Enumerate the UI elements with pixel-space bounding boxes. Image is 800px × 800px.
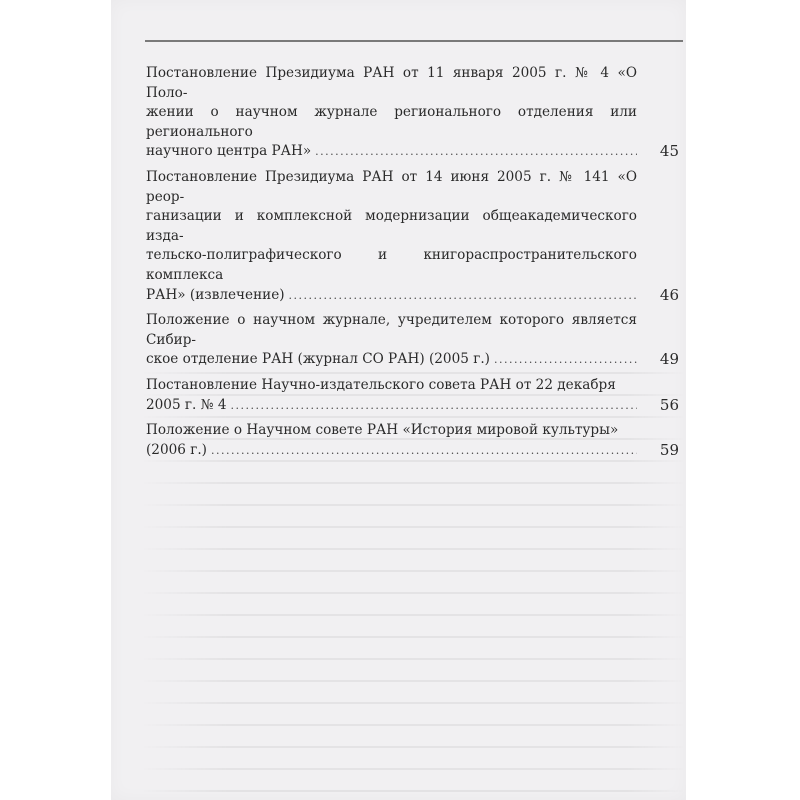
toc-entry-title-line: ское отделение РАН (журнал СО РАН) (2005… <box>146 350 490 370</box>
toc-entry-title-line: (2006 г.) <box>146 441 207 461</box>
toc-entry-title-line: 2005 г. № 4 <box>146 396 227 416</box>
toc-entry: Постановление Президиума РАН от 11 январ… <box>146 64 679 162</box>
toc-entry: Положение о Научном совете РАН «История … <box>146 421 679 460</box>
toc-entry-title-line: РАН» (извлечение) <box>146 286 285 306</box>
toc-entry-title-line: Положение о научном журнале, учредителем… <box>146 311 637 350</box>
toc-entry-title-line: тельско-полиграфического и книгораспрост… <box>146 246 637 285</box>
toc-page-number: 59 <box>639 441 679 461</box>
toc-page-number: 45 <box>639 142 679 162</box>
toc-entry-title-line: Постановление Президиума РАН от 14 июня … <box>146 168 637 207</box>
toc-entry: Постановление Президиума РАН от 14 июня … <box>146 168 679 305</box>
toc-entry-title-line: Постановление Президиума РАН от 11 январ… <box>146 64 637 103</box>
dot-leader <box>315 142 637 162</box>
book-page: Постановление Президиума РАН от 11 январ… <box>111 0 686 800</box>
dot-leader <box>494 350 637 370</box>
dot-leader <box>231 396 637 416</box>
toc-entry-title-line: ганизации и комплексной модернизации общ… <box>146 207 637 246</box>
dot-leader <box>211 441 637 461</box>
dot-leader <box>289 286 637 306</box>
toc-page-number: 46 <box>639 286 679 306</box>
toc-page-number: 49 <box>639 350 679 370</box>
toc-entry-title-line: Положение о Научном совете РАН «История … <box>146 421 637 441</box>
toc-entry: Постановление Научно-издательского совет… <box>146 376 679 415</box>
toc-entry-title-line: жении о научном журнале регионального от… <box>146 103 637 142</box>
toc-entry-title-line: научного центра РАН» <box>146 142 311 162</box>
toc-page-number: 56 <box>639 396 679 416</box>
toc-entry: Положение о научном журнале, учредителем… <box>146 311 679 370</box>
header-rule <box>145 40 683 42</box>
table-of-contents: Постановление Президиума РАН от 11 январ… <box>146 64 679 466</box>
toc-entry-title-line: Постановление Научно-издательского совет… <box>146 376 637 396</box>
